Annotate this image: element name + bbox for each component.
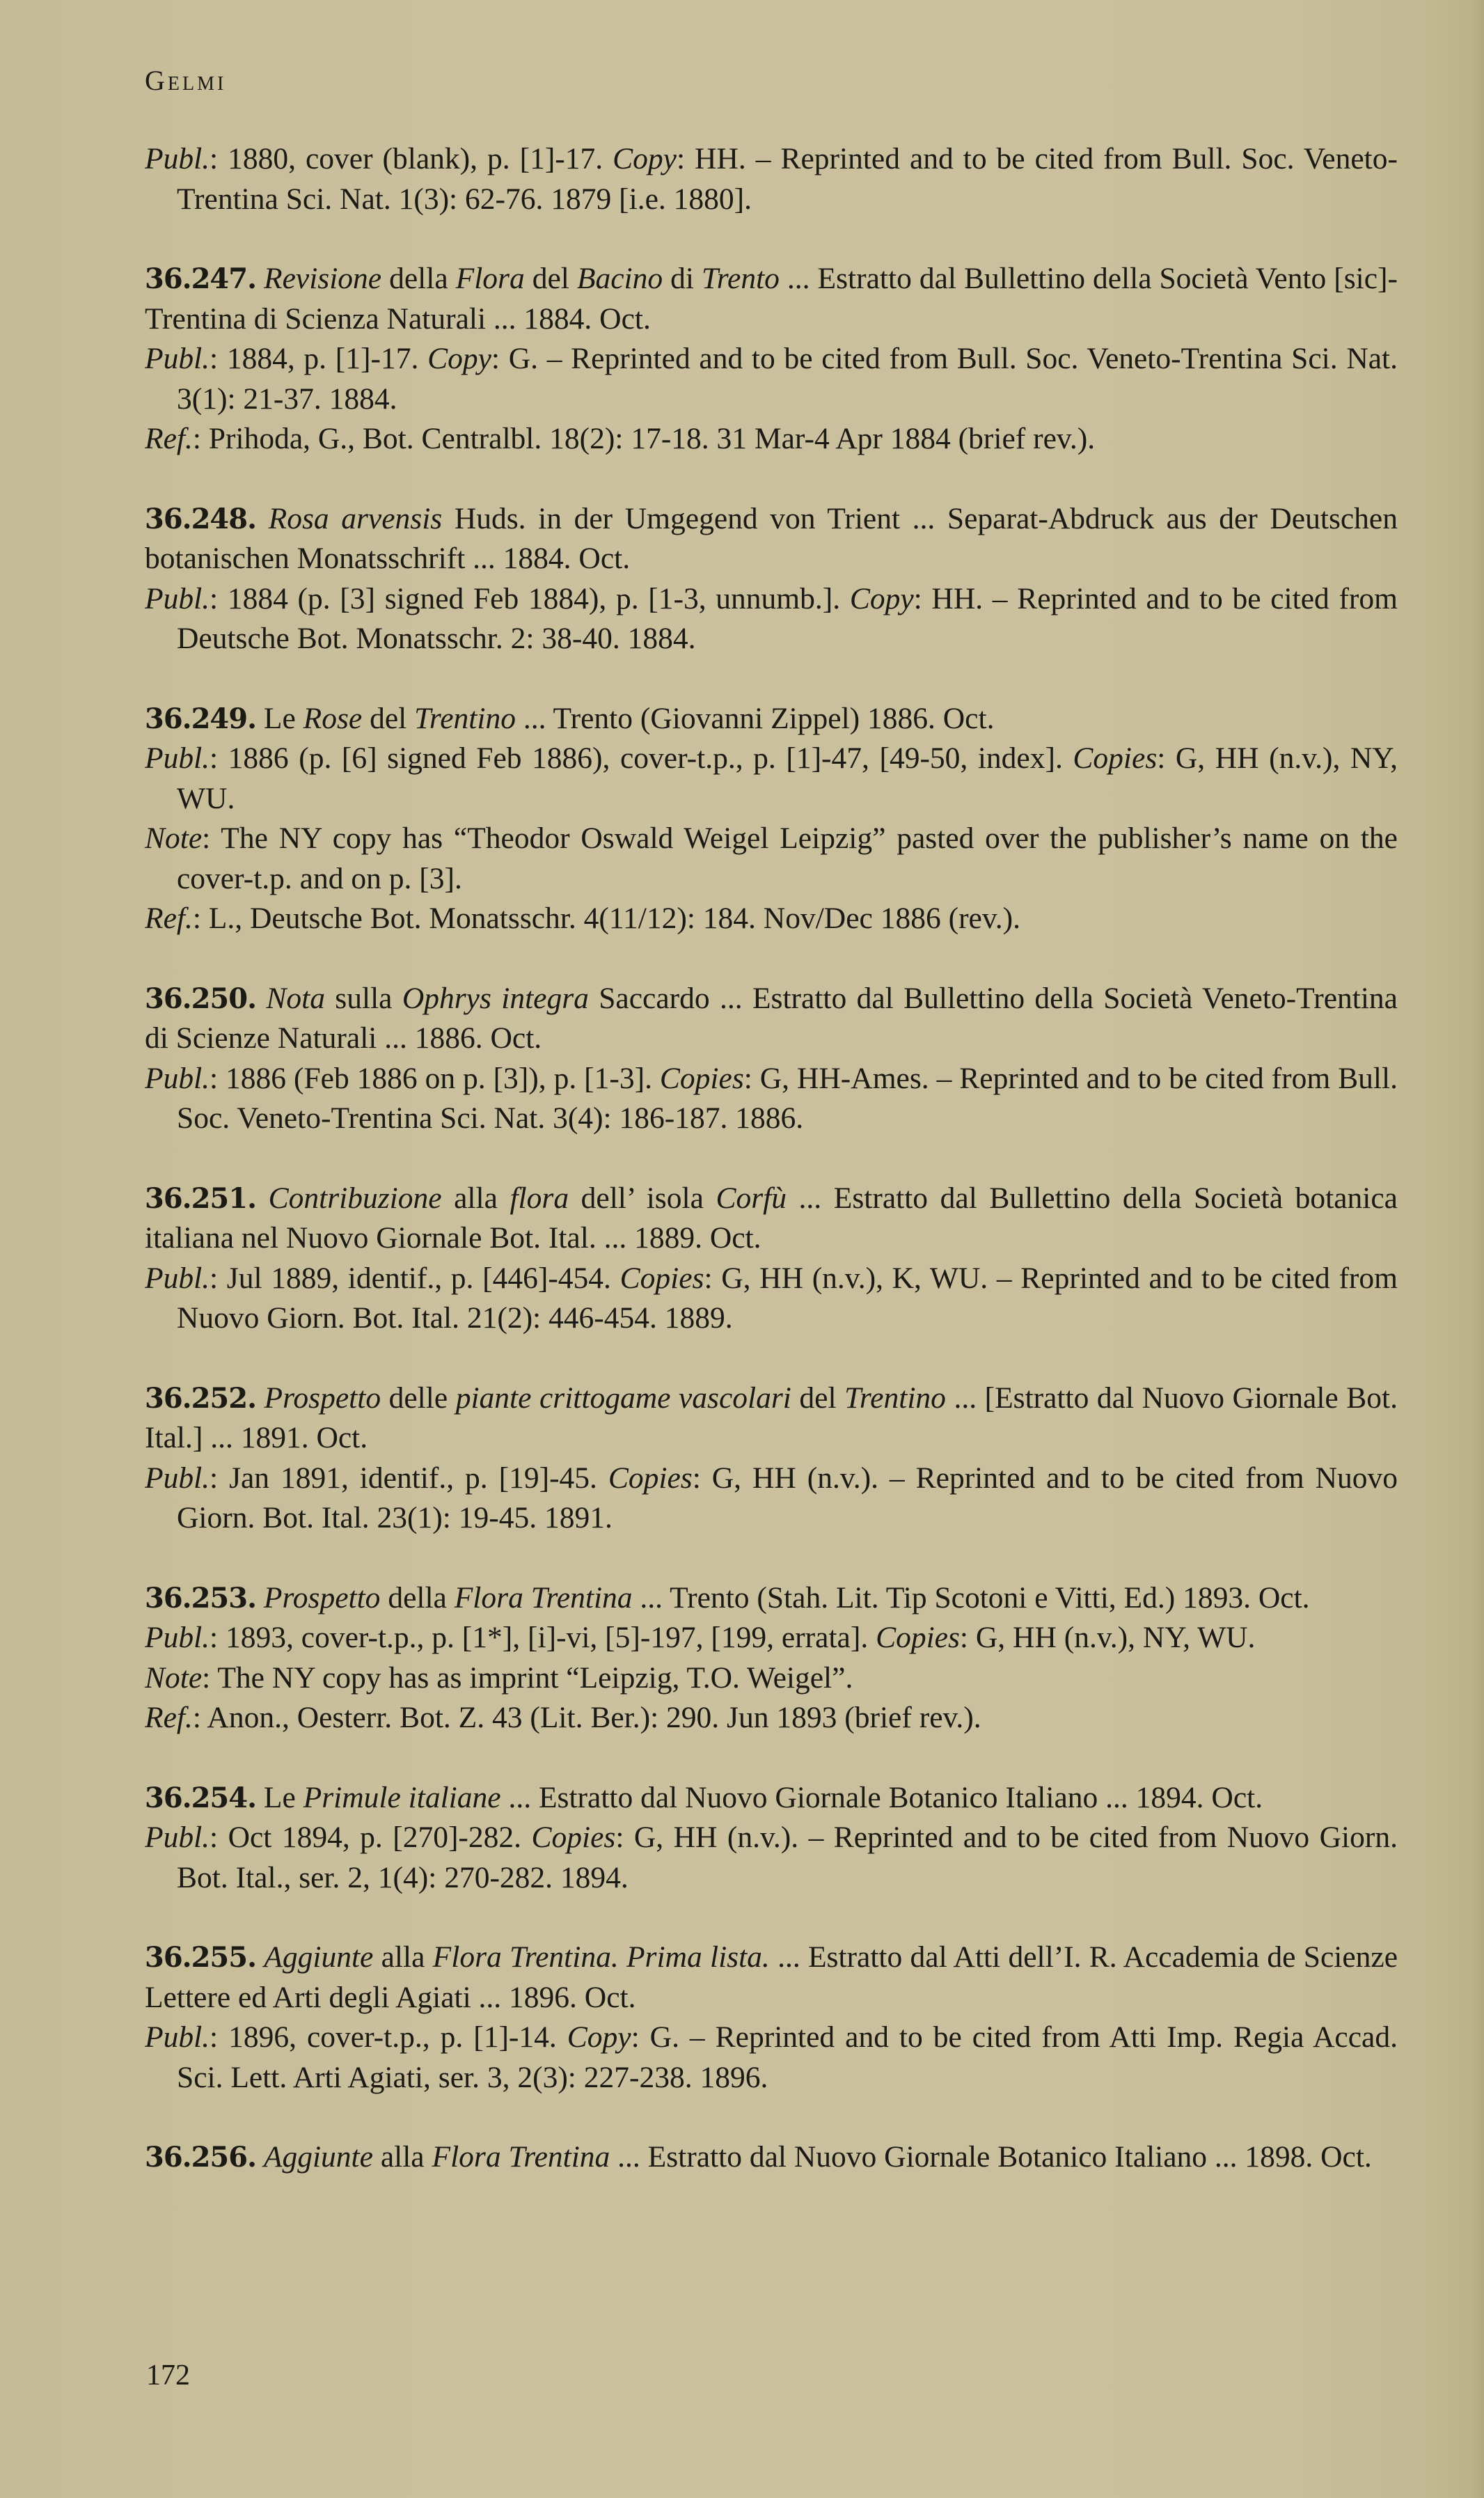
italic-title-part: Prospetto [264,1581,381,1615]
publ-text: : Jul 1889, identif., p. [446]-454. [210,1262,620,1295]
copy-label: Copy [613,142,677,175]
title-part: della [380,1581,454,1615]
publ-line: Publ.: 1896, cover-t.p., p. [1]-14. Copy… [145,2018,1398,2098]
title-part: Le [264,1781,303,1814]
italic-title-part: Flora [456,262,525,295]
publ-text: : 1886 (Feb 1886 on p. [3]), p. [1-3]. [210,1062,660,1095]
title-part: alla [373,2140,432,2174]
entry-title: 36.247. Revisione della Flora del Bacino… [145,259,1398,339]
entry-number: 36.255. [145,1941,256,1974]
publ-line: Publ.: Jan 1891, identif., p. [19]-45. C… [145,1459,1398,1539]
bibliography-entry: 36.249. Le Rose del Trentino ... Trento … [145,699,1398,939]
title-part: dell’ isola [569,1181,716,1215]
entry-number: 36.254. [145,1782,256,1814]
publ-text: : 1893, cover-t.p., p. [1*], [i]-vi, [5]… [210,1621,876,1654]
publ-line: Publ.: Oct 1894, p. [270]-282. Copies: G… [145,1818,1398,1898]
italic-title-part: Contribuzione [269,1181,442,1215]
page-edge-shadow [1466,0,1484,2498]
italic-title-part: Flora Trentina [455,1581,633,1615]
copy-label: Copy [427,342,491,375]
publ-line: Publ.: 1880, cover (blank), p. [1]-17. C… [145,139,1398,219]
copy-label: Copies [1073,741,1157,775]
publ-text: : 1880, cover (blank), p. [1]-17. [210,142,613,175]
note-text: : The NY copy has “Theodor Oswald Weigel… [177,822,1398,895]
publ-line: Publ.: 1893, cover-t.p., p. [1*], [i]-vi… [145,1618,1398,1658]
copy-label: Copy [850,582,914,615]
entry-list: 36.247. Revisione della Flora del Bacino… [145,259,1398,2178]
note-text: : The NY copy has as imprint “Leipzig, T… [202,1661,853,1695]
ref-text: : Prihoda, G., Bot. Centralbl. 18(2): 17… [193,422,1095,455]
italic-title-part: Revisione [264,262,381,295]
title-part: di [663,262,702,295]
entry-title: 36.253. Prospetto della Flora Trentina .… [145,1578,1398,1619]
italic-title-part: Trento [702,262,780,295]
entry-number: 36.256. [145,2141,256,2174]
note-label: Note [145,1661,202,1695]
italic-title-part: Flora Trentina. Prima lista. [433,1940,770,1974]
italic-title-part: Primule italiane [303,1781,501,1814]
italic-title-part: Bacino [577,262,663,295]
italic-title-part: Rosa arvensis [269,502,443,535]
bibliography-body: Publ.: 1880, cover (blank), p. [1]-17. C… [145,139,1398,2217]
publ-label: Publ. [145,741,210,775]
note-line: Note: The NY copy has “Theodor Oswald We… [145,819,1398,899]
copy-label: Copies [660,1062,744,1095]
publ-text: : 1884 (p. [3] signed Feb 1884), p. [1-3… [210,582,850,615]
copy-label: Copies [876,1621,960,1654]
publ-text: : 1896, cover-t.p., p. [1]-14. [210,2020,567,2054]
entry-number: 36.248. [145,503,256,535]
publ-line: Publ.: 1884 (p. [3] signed Feb 1884), p.… [145,579,1398,659]
copy-label: Copies [532,1821,616,1854]
italic-title-part: Corfù [716,1181,787,1215]
bibliography-entry: 36.251. Contribuzione alla flora dell’ i… [145,1179,1398,1339]
publ-text: : Oct 1894, p. [270]-282. [210,1821,531,1854]
title-part: ... Estratto dal Nuovo Giornale Botanico… [501,1781,1263,1814]
bibliography-entry: 36.250. Nota sulla Ophrys integra Saccar… [145,979,1398,1139]
italic-title-part: piante crittogame vascolari [456,1381,791,1415]
title-part: del [791,1381,844,1415]
bibliography-entry: 36.256. Aggiunte alla Flora Trentina ...… [145,2137,1398,2178]
entry-title: 36.250. Nota sulla Ophrys integra Saccar… [145,979,1398,1059]
title-part: alla [442,1181,510,1215]
bibliography-entry: 36.255. Aggiunte alla Flora Trentina. Pr… [145,1938,1398,2098]
publ-line: Publ.: 1884, p. [1]-17. Copy: G. – Repri… [145,339,1398,419]
publ-text: : 1886 (p. [6] signed Feb 1886), cover-t… [210,741,1073,775]
publ-label: Publ. [145,1062,210,1095]
italic-title-part: Prospetto [265,1381,381,1415]
entry-number: 36.252. [145,1382,256,1415]
running-head: Gelmi [145,64,226,97]
italic-title-part: Rose [303,702,363,735]
italic-title-part: Aggiunte [264,2140,373,2174]
title-part: sulla [325,982,402,1015]
publ-label: Publ. [145,142,210,175]
title-part: Le [264,702,303,735]
copy-label: Copies [620,1262,704,1295]
entry-title: 36.255. Aggiunte alla Flora Trentina. Pr… [145,1938,1398,2018]
ref-text: : L., Deutsche Bot. Monatsschr. 4(11/12)… [193,902,1020,935]
entry-number: 36.247. [145,262,256,295]
entry-title: 36.252. Prospetto delle piante crittogam… [145,1378,1398,1459]
italic-title-part: Nota [266,982,325,1015]
title-part: del [525,262,577,295]
publ-line: Publ.: 1886 (Feb 1886 on p. [3]), p. [1-… [145,1059,1398,1139]
entry-number: 36.249. [145,702,256,735]
entry-title: 36.254. Le Primule italiane ... Estratto… [145,1778,1398,1818]
ref-label: Ref. [145,902,193,935]
publ-label: Publ. [145,1262,210,1295]
bibliography-entry: 36.254. Le Primule italiane ... Estratto… [145,1778,1398,1899]
ref-text: : Anon., Oesterr. Bot. Z. 43 (Lit. Ber.)… [193,1701,981,1734]
publ-label: Publ. [145,1821,210,1854]
ref-line: Ref.: Anon., Oesterr. Bot. Z. 43 (Lit. B… [145,1698,1398,1738]
bibliography-entry: 36.252. Prospetto delle piante crittogam… [145,1378,1398,1539]
title-part: delle [381,1381,456,1415]
publ-label: Publ. [145,1621,210,1654]
bibliography-entry: 36.247. Revisione della Flora del Bacino… [145,259,1398,459]
italic-title-part: Flora Trentina [432,2140,610,2174]
italic-title-part: flora [510,1181,569,1215]
entry-title: 36.248. Rosa arvensis Huds. in der Umgeg… [145,499,1398,579]
italic-title-part: Ophrys integra [402,982,589,1015]
note-line: Note: The NY copy has as imprint “Leipzi… [145,1658,1398,1699]
entry-number: 36.253. [145,1582,256,1615]
title-part: ... Trento (Stah. Lit. Tip Scotoni e Vit… [633,1581,1310,1615]
ref-line: Ref.: Prihoda, G., Bot. Centralbl. 18(2)… [145,419,1398,459]
title-part: alla [373,1940,432,1974]
publ-label: Publ. [145,342,210,375]
publ-text: : 1884, p. [1]-17. [210,342,427,375]
publ-label: Publ. [145,2020,210,2054]
publ-label: Publ. [145,582,210,615]
copy-text: : G, HH (n.v.), NY, WU. [960,1621,1256,1654]
publ-text: : Jan 1891, identif., p. [19]-45. [210,1461,608,1495]
copy-label: Copy [567,2020,631,2054]
ref-label: Ref. [145,422,193,455]
page-number: 172 [146,2359,190,2392]
entry-number: 36.250. [145,982,256,1015]
title-part: ... Estratto dal Nuovo Giornale Botanico… [610,2140,1372,2174]
copy-label: Copies [608,1461,693,1495]
publ-line: Publ.: Jul 1889, identif., p. [446]-454.… [145,1259,1398,1339]
entry-title: 36.256. Aggiunte alla Flora Trentina ...… [145,2137,1398,2178]
title-part: del [362,702,414,735]
note-label: Note [145,822,202,855]
bibliography-entry: 36.253. Prospetto della Flora Trentina .… [145,1578,1398,1738]
italic-title-part: Aggiunte [264,1940,373,1974]
italic-title-part: Trentino [414,702,516,735]
publ-line: Publ.: 1886 (p. [6] signed Feb 1886), co… [145,739,1398,819]
ref-label: Ref. [145,1701,193,1734]
continuation-entry: Publ.: 1880, cover (blank), p. [1]-17. C… [145,139,1398,219]
italic-title-part: Trentino [844,1381,946,1415]
entry-title: 36.249. Le Rose del Trentino ... Trento … [145,699,1398,739]
bibliography-entry: 36.248. Rosa arvensis Huds. in der Umgeg… [145,499,1398,659]
entry-title: 36.251. Contribuzione alla flora dell’ i… [145,1179,1398,1259]
publ-label: Publ. [145,1461,210,1495]
title-part: della [381,262,456,295]
entry-number: 36.251. [145,1182,256,1215]
ref-line: Ref.: L., Deutsche Bot. Monatsschr. 4(11… [145,899,1398,939]
title-part: ... Trento (Giovanni Zippel) 1886. Oct. [516,702,994,735]
